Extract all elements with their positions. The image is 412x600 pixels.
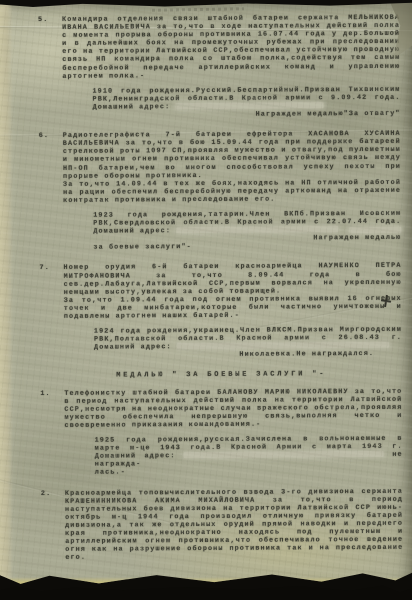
citation-paragraph: Телефонистку штабной батареи БАЛАНОВУ МА… — [64, 387, 402, 430]
award-item-1: 1. Телефонистку штабной батареи БАЛАНОВУ… — [40, 387, 403, 477]
redaction-bar — [177, 342, 389, 349]
redaction-bar — [175, 102, 323, 109]
citation-paragraph: Радиотелеграфиста 7-й батареи ефрейтора … — [63, 130, 401, 181]
citation-paragraph: За то,что 1.09.44 года под огнем противн… — [64, 295, 402, 321]
redaction-bar — [349, 227, 401, 233]
item-body: Номер орудия 6-й батареи красноармейца Н… — [64, 262, 403, 360]
item-number: 6. — [39, 132, 64, 252]
pencil-mark — [380, 294, 392, 307]
award-note-continued: за боевые заслуги"- — [93, 242, 401, 252]
item-body: Командира отделения связи штабной батаре… — [62, 14, 401, 120]
paper-edge-left — [0, 3, 13, 588]
citation-paragraph: Красноармейца топовычислительного взвода… — [65, 487, 403, 562]
citation-paragraph: За то,что 14.09.44 в тех же боях,находяс… — [63, 178, 401, 204]
section-header-medal-za-boevye-zaslugi: МЕДАЛЬЮ " ЗА БОЕВЫЕ ЗАСЛУГИ "- — [40, 370, 402, 380]
award-item-5: 5. Командира отделения связи штабной бат… — [38, 14, 401, 120]
redaction-bar — [176, 226, 338, 233]
award-item-7: 7. Номер орудия 6-й батареи красноармейц… — [40, 262, 403, 360]
citation-paragraph: Номер орудия 6-й батареи красноармейца Н… — [64, 262, 402, 296]
item-body: Радиотелеграфиста 7-й батареи ефрейтора … — [63, 130, 402, 252]
item-number: 1. — [40, 389, 65, 477]
typewritten-text: 5. Командира отделения связи штабной бат… — [38, 14, 403, 575]
redaction-bar — [184, 451, 384, 458]
paper: 5. Командира отделения связи штабной бат… — [0, 3, 412, 588]
award-item-2: 2. Красноармейца топовычислительного взв… — [41, 487, 403, 562]
bio-paragraph: 1925 года рождения,русская.Зачислена в в… — [95, 435, 403, 469]
bio-paragraph: 1923 года рождения,татарин.Член ВКПб.При… — [93, 210, 401, 236]
award-item-6: 6. Радиотелеграфиста 7-й батареи ефрейто… — [39, 130, 402, 253]
item-body: Телефонистку штабной батареи БАЛАНОВУ МА… — [64, 387, 403, 477]
item-number: 2. — [41, 489, 65, 562]
item-number: 5. — [38, 16, 63, 120]
item-body: Красноармейца топовычислительного взвода… — [65, 487, 403, 562]
bio-paragraph: 1924 года рождения,украинец.Член ВЛКСМ.П… — [94, 326, 402, 352]
scanned-document-page: 5. Командира отделения связи штабной бат… — [0, 0, 412, 600]
cut-off-text-artifact — [152, 7, 244, 12]
bio-paragraph: 1910 года рождения.Русский.Беспартийный.… — [92, 86, 400, 112]
citation-paragraph: Командира отделения связи штабной батаре… — [62, 14, 400, 81]
item-number: 7. — [40, 264, 65, 360]
